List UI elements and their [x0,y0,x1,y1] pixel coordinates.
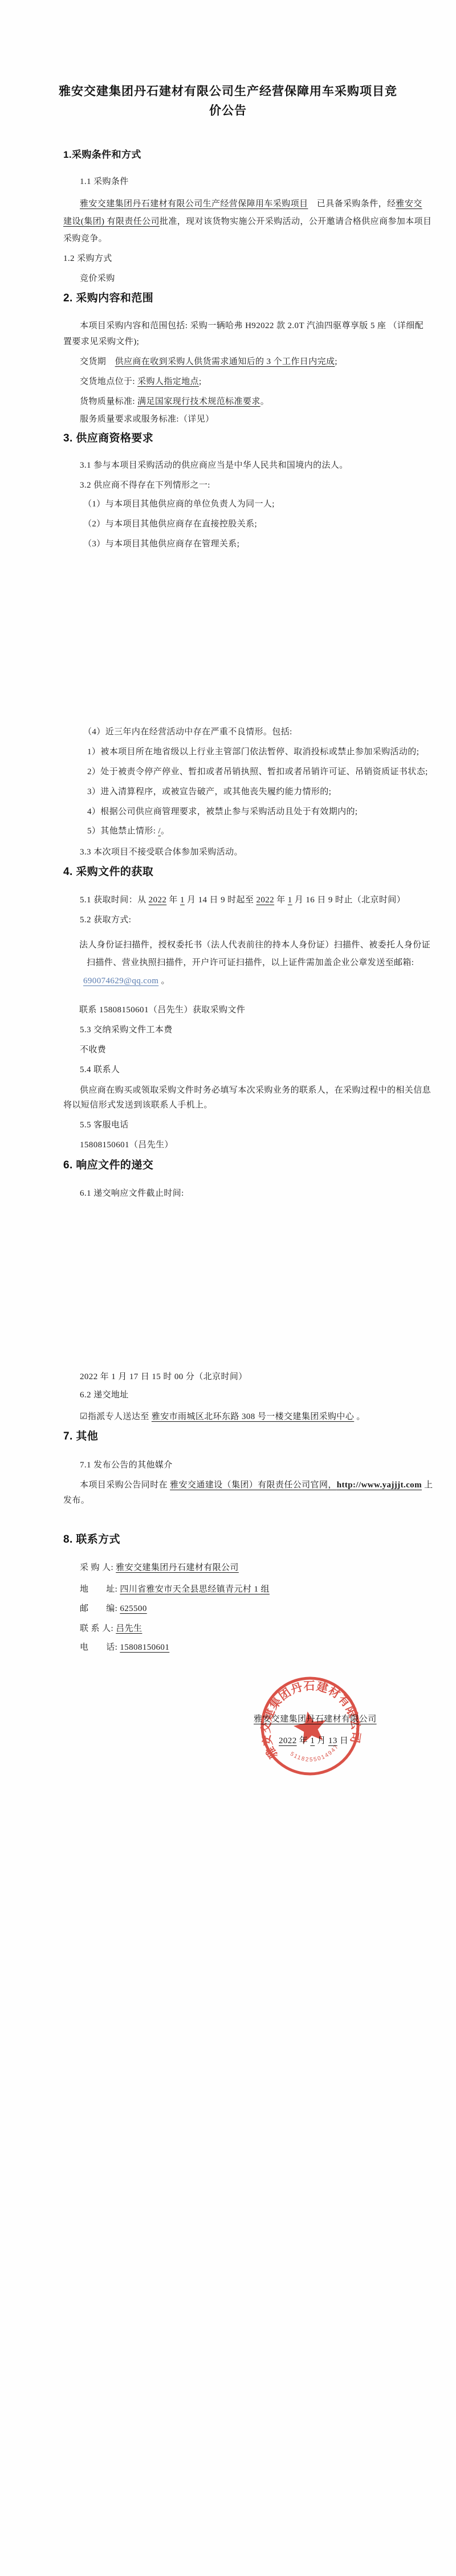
section-7-1-para-line2: 发布。 [63,1495,89,1507]
quality-standard-line: 货物质量标准: 满足国家现行技术规范标准要求。 [80,396,269,408]
text-segment: 2022 年 1 月 17 日 15 时 00 分（北京时间） [80,1372,247,1381]
text-segment: 交货地点位于: [80,377,137,386]
text-segment: 7. 其他 [63,1430,98,1442]
document: 雅安交建集团丹石建材有限公司 5118255014947 雅安交建集团丹石建材有… [0,0,456,2576]
section-5-3: 5.3 交纳采购文件工本费 [80,1024,173,1036]
text-segment: 年 [274,896,288,905]
text-segment: 供应商在收到采购人供货需求通知后的 3 个工作日内完成 [115,357,335,366]
section-3-1: 3.1 参与本项目采购活动的供应商应当是中华人民共和国境内的法人。 [80,460,348,472]
section-2-para-line1: 本项目采购内容和范围包括: 采购一辆哈弗 H92022 款 2.0T 汽油四驱尊… [80,320,424,332]
text-segment: 1.采购条件和方式 [63,149,141,160]
text-segment: 5）其他禁止情形: [87,827,158,836]
text-segment: 法人身份证扫描件，授权委托书（法人代表前往的持本人身份证）扫描件、被委托人身份证 [79,941,430,950]
section-3-heading: 3. 供应商资格要求 [63,431,153,447]
contact-person-line: 联 系 人: 吕先生 [80,1623,142,1635]
text-segment: 雅安交通建设（集团）有限责任公司官网， [170,1481,337,1490]
section-3-2: 3.2 供应商不得存在下列情形之一: [80,480,210,492]
section-1-1-para-line2: 建设(集团) 有限责任公司批准，现对该货物实施公开采购活动，公开邀请合格供应商参… [63,216,431,228]
text-segment: 月 16 日 9 时止（北京时间） [292,896,405,905]
text-segment: 竞价采购 [80,274,115,283]
text-segment: 交货期 [80,357,115,366]
text-segment: 电 话: [80,1643,120,1652]
text-segment: 满足国家现行技术规范标准要求 [137,397,260,406]
text-segment: 5.3 交纳采购文件工本费 [80,1025,173,1035]
text-segment: 625500 [120,1604,146,1613]
text-segment: 联 系 人: [80,1624,116,1633]
text-segment: 5.4 联系人 [80,1065,120,1074]
postcode-line: 邮 编: 625500 [80,1603,147,1615]
checked-checkbox-icon: ☑指派专人送达至 [80,1412,152,1421]
text-segment: （1）与本项目其他供应商的单位负责人为同一人; [83,500,275,509]
text-segment: 。 [161,827,169,836]
website-url: http://www.yajjjt.com [337,1481,422,1490]
company-seal-graphic: 雅安交建集团丹石建材有限公司 5118255014947 [252,1668,368,1784]
procurement-method: 竞价采购 [80,273,115,285]
text-segment: 不收费 [80,1045,106,1054]
text-segment: （3）与本项目其他供应商存在管理关系; [83,539,239,549]
star-icon [291,1708,329,1744]
section-7-1: 7.1 发布公告的其他媒介 [80,1459,173,1471]
text-segment: 月 14 日 9 时起至 [185,896,256,905]
text-segment: 货物质量标准: [80,397,137,406]
section-7-heading: 7. 其他 [63,1429,98,1445]
purchaser-line: 采 购 人: 雅安交建集团丹石建材有限公司 [80,1562,239,1574]
text-segment: 3.3 本次项目不接受联合体参加采购活动。 [80,848,243,857]
text-segment: 发布。 [63,1496,89,1505]
text-segment: 供应商在购买或领取采购文件时务必填写本次采购业务的联系人，在采购过程中的相关信息 [80,1086,431,1095]
text-segment: 4. 采购文件的获取 [63,866,153,878]
deadline-line: 2022 年 1 月 17 日 15 时 00 分（北京时间） [80,1371,247,1383]
text-segment: 2022 [149,896,167,905]
text-segment: 采 购 人: [80,1563,116,1572]
service-phone-line: 15808150601（吕先生） [80,1139,173,1151]
company-seal: 雅安交建集团丹石建材有限公司 5118255014947 [252,1668,368,1784]
text-segment: 将以短信形式发送到该联系人手机上。 [63,1101,213,1110]
text-segment: 雅安交 [396,199,422,208]
text-segment: 15808150601 [120,1643,169,1652]
text-segment: 本项目采购内容和范围包括: 采购一辆哈弗 H92022 款 2.0T 汽油四驱尊… [80,321,424,330]
text-segment: 地 址: [80,1585,120,1594]
section-5-5: 5.5 客服电话 [80,1119,129,1131]
text-segment: 服务质量要求或服务标准:（详见） [80,415,214,424]
text-segment: 6.2 递交地址 [80,1391,129,1400]
section-3-2-item4-sub3: 3）进入清算程序，或被宣告破产，或其他丧失履约能力情形的; [87,786,331,798]
section-5-1: 5.1 获取时间：从 2022 年 1 月 14 日 9 时起至 2022 年 … [80,894,405,906]
text-segment: 雅安交建集团丹石建材有限公司生产经营保障用车采购项目竞 [59,85,397,98]
text-segment: 7.1 发布公告的其他媒介 [80,1461,173,1470]
text-segment: 扫描件、营业执照扫描件，开户许可证扫描件，以上证件需加盖企业公章发送至邮箱: [87,958,414,967]
text-segment: 雅安交建集团丹石建材有限公司 [116,1563,239,1572]
section-1-1-heading: 1.1 采购条件 [80,176,129,188]
text-segment: 四川省雅安市天全县思经镇青元村 1 组 [120,1585,270,1594]
text-segment: 。 [158,976,170,986]
section-6-2: 6.2 递交地址 [80,1389,129,1401]
text-segment: （4）近三年内在经营活动中存在严重不良情形。包括: [83,727,292,737]
text-segment: 采购人指定地点 [137,377,199,386]
section-2-para-line2: 置要求见采购文件); [63,336,139,348]
section-5-2: 5.2 获取方式: [80,914,131,926]
section-3-2-item4-sub1: 1）被本项目所在地省级以上行业主管部门依法暂停、取消投标或禁止参加采购活动的; [87,746,419,758]
text-segment: 采购竞争。 [63,234,107,243]
section-6-heading: 6. 响应文件的递交 [63,1158,153,1173]
section-6-1: 6.1 递交响应文件截止时间: [80,1188,184,1200]
section-5-4-para-line1: 供应商在购买或领取采购文件时务必填写本次采购业务的联系人，在采购过程中的相关信息 [80,1085,431,1097]
text-segment: 2022 [256,896,274,905]
text-segment: 1 [288,896,292,905]
text-segment: 批准，现对该货物实施公开采购活动，公开邀请合格供应商参加本项目 [160,217,431,226]
contact-for-documents-line: 联系 15808150601（吕先生）获取采购文件 [79,1004,245,1016]
email-line: 690074629@qq.com 。 [83,975,170,987]
text-segment: 置要求见采购文件); [63,337,139,346]
phone-line: 电 话: 15808150601 [80,1642,169,1654]
text-segment: 本项目采购公告同时在 [80,1481,170,1490]
section-5-4-para-line2: 将以短信形式发送到该联系人手机上。 [63,1099,213,1111]
text-segment: 雅安交建集团丹石建材有限公司生产经营保障用车采购项目 [80,199,308,208]
section-5-2-para-line1: 法人身份证扫描件，授权委托书（法人代表前往的持本人身份证）扫描件、被委托人身份证 [79,939,430,951]
text-segment: 吕先生 [116,1624,142,1633]
text-segment: 已具备采购条件，经 [308,199,396,208]
text-segment: 5.5 客服电话 [80,1121,129,1130]
text-segment: 4）根据公司供应商管理要求，被禁止参与采购活动且处于有效期内的; [87,807,357,816]
section-3-2-item1: （1）与本项目其他供应商的单位负责人为同一人; [83,498,275,510]
section-1-1-para-line3: 采购竞争。 [63,233,107,245]
section-7-1-para-line1: 本项目采购公告同时在 雅安交通建设（集团）有限责任公司官网，http://www… [80,1479,433,1491]
section-3-2-item4: （4）近三年内在经营活动中存在严重不良情形。包括: [83,726,292,738]
text-segment: 3）进入清算程序，或被宣告破产，或其他丧失履约能力情形的; [87,787,331,796]
text-segment: 5.1 获取时间：从 [80,896,149,905]
section-3-3: 3.3 本次项目不接受联合体参加采购活动。 [80,847,243,858]
text-segment: 15808150601（吕先生） [80,1140,173,1150]
text-segment: 。 [260,397,269,406]
text-segment: 邮 编: [80,1604,120,1613]
text-segment: 3. 供应商资格要求 [63,432,153,444]
text-segment: 年 [166,896,180,905]
doc-title-line2: 价公告 [0,103,456,119]
text-segment: 3.1 参与本项目采购活动的供应商应当是中华人民共和国境内的法人。 [80,461,348,470]
section-3-2-item4-sub2: 2）处于被责令停产停业、暂扣或者吊销执照、暂扣或者吊销许可证、吊销资质证书状态; [87,766,428,778]
delivery-place-line: 交货地点位于: 采购人指定地点; [80,376,202,388]
section-3-2-item2: （2）与本项目其他供应商存在直接控股关系; [83,518,257,530]
text-segment: 6.1 递交响应文件截止时间: [80,1189,184,1198]
section-4-heading: 4. 采购文件的获取 [63,865,153,880]
seal-code-arc-text: 5118255014947 [288,1743,342,1767]
service-standard-line: 服务质量要求或服务标准:（详见） [80,414,214,426]
email-link[interactable]: 690074629@qq.com [83,976,158,986]
delivery-address-line: ☑指派专人送达至 雅安市雨城区北环东路 308 号一楼交建集团采购中心 。 [80,1411,365,1423]
text-segment: 建设(集团) 有限责任公司 [63,217,160,226]
no-fee-line: 不收费 [80,1044,106,1056]
text-segment: 8. 联系方式 [63,1534,120,1545]
text-segment: 1.2 采购方式 [63,254,112,263]
section-1-2-heading: 1.2 采购方式 [63,253,112,265]
text-segment: 1.1 采购条件 [80,177,129,186]
address-line: 地 址: 四川省雅安市天全县思经镇青元村 1 组 [80,1584,270,1596]
text-segment: 。 [354,1412,365,1421]
text-segment: 1）被本项目所在地省级以上行业主管部门依法暂停、取消投标或禁止参加采购活动的; [87,747,419,757]
text-segment: 1 [180,896,185,905]
section-1-heading: 1.采购条件和方式 [63,148,141,162]
text-segment: ; [199,377,202,386]
doc-title-line1: 雅安交建集团丹石建材有限公司生产经营保障用车采购项目竞 [0,83,456,100]
text-segment: ; [335,357,337,366]
section-5-4: 5.4 联系人 [80,1064,120,1076]
text-segment: 上 [422,1481,433,1490]
text-segment: 价公告 [209,104,247,117]
section-2-heading: 2. 采购内容和范围 [63,291,153,306]
section-5-2-para-line2: 扫描件、营业执照扫描件，开户许可证扫描件，以上证件需加盖企业公章发送至邮箱: [87,957,414,969]
text-segment: 6. 响应文件的递交 [63,1159,153,1171]
section-8-heading: 8. 联系方式 [63,1532,120,1548]
section-3-2-item4-sub5: 5）其他禁止情形: /。 [87,825,169,837]
section-1-1-para-line1: 雅安交建集团丹石建材有限公司生产经营保障用车采购项目 已具备采购条件，经雅安交 [80,198,422,210]
section-3-2-item3: （3）与本项目其他供应商存在管理关系; [83,538,239,550]
text-segment: 2）处于被责令停产停业、暂扣或者吊销执照、暂扣或者吊销许可证、吊销资质证书状态; [87,767,428,776]
text-segment: 雅安市雨城区北环东路 308 号一楼交建集团采购中心 [152,1412,354,1421]
text-segment: 联系 15808150601（吕先生）获取采购文件 [79,1005,245,1015]
text-segment: 5.2 获取方式: [80,915,131,925]
text-segment: 2. 采购内容和范围 [63,292,153,304]
text-segment: （2）与本项目其他供应商存在直接控股关系; [83,520,257,529]
section-3-2-item4-sub4: 4）根据公司供应商管理要求，被禁止参与采购活动且处于有效期内的; [87,806,357,818]
delivery-time-line: 交货期 供应商在收到采购人供货需求通知后的 3 个工作日内完成; [80,356,337,368]
text-segment: 3.2 供应商不得存在下列情形之一: [80,481,210,490]
